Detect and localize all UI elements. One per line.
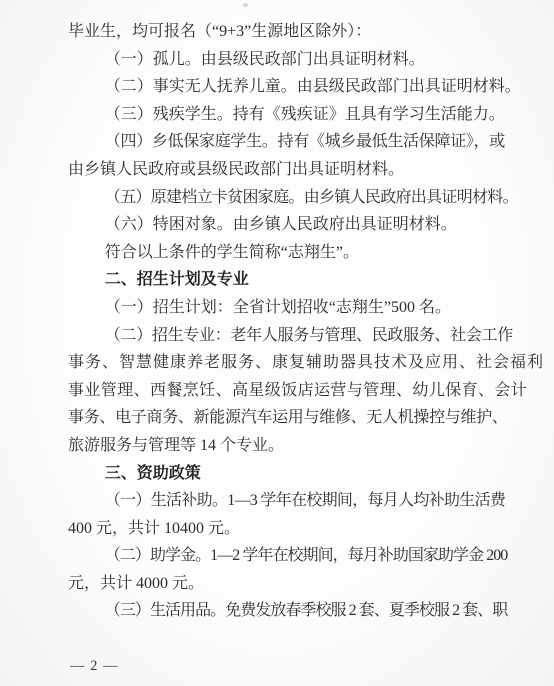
document-line: （一）孤儿。由县级民政部门出具证明材料。 — [68, 46, 510, 74]
document-line: （一）生活补助。1—3 学年在校期间，每月人均补助生活费 — [68, 487, 510, 515]
document-line: 事务、电子商务、新能源汽车运用与维修、无人机操控与维护、 — [68, 404, 510, 432]
document-line: 由乡镇人民政府或县级民政部门出具证明材料。 — [68, 156, 510, 184]
document-line: （二）招生专业：老年人服务与管理、民政服务、社会工作 — [68, 322, 510, 350]
scan-artifact-speck — [243, 3, 248, 7]
document-line: （三）残疾学生。持有《残疾证》且具有学习生活能力。 — [68, 101, 510, 129]
document-line: 400 元，共计 10400 元。 — [68, 515, 510, 543]
section-heading-3: 三、资助政策 — [68, 460, 510, 488]
document-line: （一）招生计划：全省计划招收“志翔生”500 名。 — [68, 294, 510, 322]
document-line: 符合以上条件的学生简称“志翔生”。 — [68, 239, 510, 267]
document-line: （二）事实无人抚养儿童。由县级民政部门出具证明材料。 — [68, 73, 510, 101]
document-line: （四）乡低保家庭学生。持有《城乡最低生活保障证》，或 — [68, 128, 510, 156]
document-line: （三）生活用品。免费发放春季校服 2 套、夏季校服 2 套、职 — [68, 597, 510, 625]
document-line: 旅游服务与管理等 14 个专业。 — [68, 432, 510, 460]
document-line: 事务、智慧健康养老服务、康复辅助器具技术及应用、社会福利 — [68, 349, 510, 377]
document-page: 毕业生，均可报名（“9+3”生源地区除外）： （一）孤儿。由县级民政部门出具证明… — [68, 18, 510, 625]
document-line: 事业管理、西餐烹饪、高星级饭店运营与管理、幼儿保育、会计 — [68, 377, 510, 405]
section-heading-2: 二、招生计划及专业 — [68, 266, 510, 294]
document-line: （五）原建档立卡贫困家庭。由乡镇人民政府出具证明材料。 — [68, 184, 510, 212]
document-line: （二）助学金。1—2 学年在校期间，每月补助国家助学金 200 — [68, 542, 510, 570]
page-number: — 2 — — [70, 656, 119, 676]
document-line: 元，共计 4000 元。 — [68, 570, 510, 598]
continuation-line: 毕业生，均可报名（“9+3”生源地区除外）： — [68, 18, 510, 46]
document-line: （六）特困对象。由乡镇人民政府出具证明材料。 — [68, 211, 510, 239]
